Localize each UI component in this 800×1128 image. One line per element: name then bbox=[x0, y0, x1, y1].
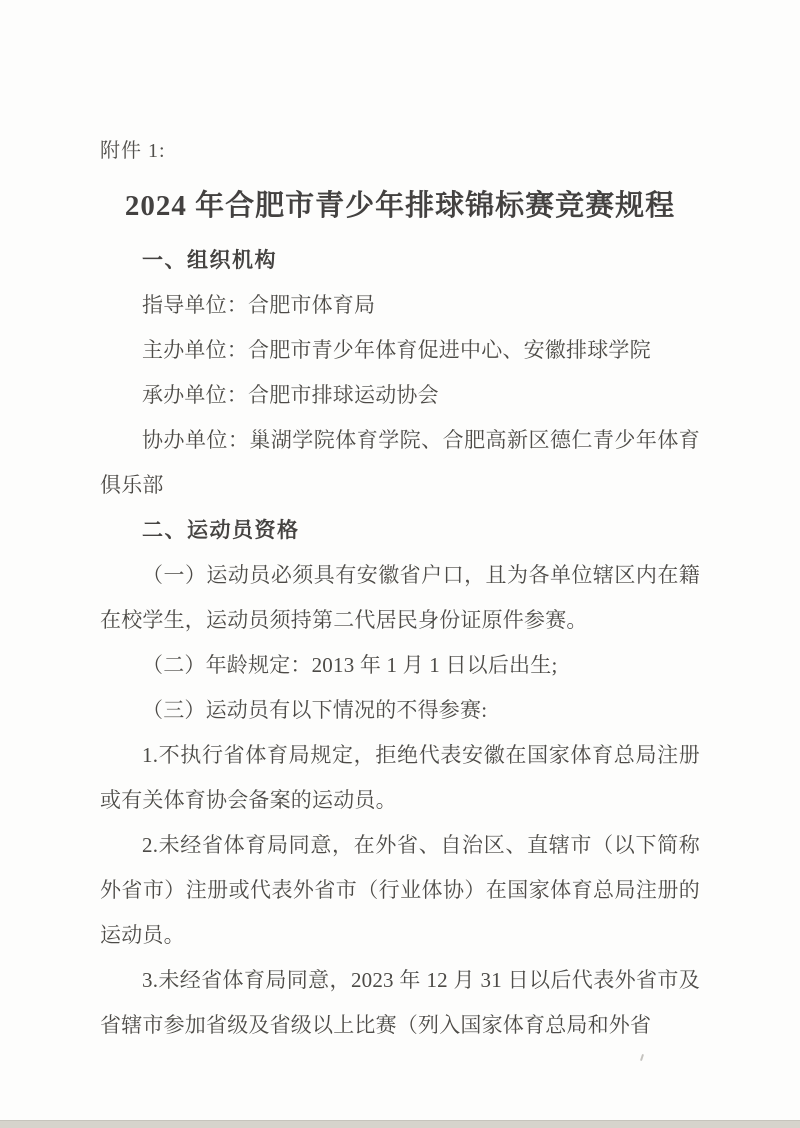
section-heading-athlete-eligibility: 二、运动员资格 bbox=[100, 508, 700, 553]
paragraph-hosting-unit: 主办单位：合肥市青少年体育促进中心、安徽排球学院 bbox=[100, 328, 700, 373]
section-heading-organization: 一、组织机构 bbox=[100, 238, 700, 283]
scan-bottom-edge bbox=[0, 1120, 800, 1128]
paragraph-guiding-unit: 指导单位：合肥市体育局 bbox=[100, 283, 700, 328]
paragraph-exclusion-item-3: 3.未经省体育局同意，2023 年 12 月 31 日以后代表外省市及省辖市参加… bbox=[100, 958, 700, 1048]
paragraph-eligibility-residency: （一）运动员必须具有安徽省户口，且为各单位辖区内在籍在校学生，运动员须持第二代居… bbox=[100, 553, 700, 643]
paragraph-co-organizing-unit: 协办单位：巢湖学院体育学院、合肥高新区德仁青少年体育俱乐部 bbox=[100, 418, 700, 508]
document-body: 附件 1: 2024 年合肥市青少年排球锦标赛竞赛规程 一、组织机构 指导单位：… bbox=[100, 136, 700, 1048]
attachment-label: 附件 1: bbox=[100, 136, 700, 166]
scanned-document-page: 附件 1: 2024 年合肥市青少年排球锦标赛竞赛规程 一、组织机构 指导单位：… bbox=[0, 0, 800, 1128]
paragraph-exclusion-item-1: 1.不执行省体育局规定，拒绝代表安徽在国家体育总局注册或有关体育协会备案的运动员… bbox=[100, 733, 700, 823]
paragraph-exclusion-item-2: 2.未经省体育局同意，在外省、自治区、直辖市（以下简称外省市）注册或代表外省市（… bbox=[100, 823, 700, 958]
paragraph-organizing-unit: 承办单位：合肥市排球运动协会 bbox=[100, 373, 700, 418]
document-title: 2024 年合肥市青少年排球锦标赛竞赛规程 bbox=[100, 184, 700, 228]
scan-artifact-speck bbox=[640, 1054, 644, 1061]
paragraph-eligibility-age: （二）年龄规定：2013 年 1 月 1 日以后出生; bbox=[100, 643, 700, 688]
paragraph-eligibility-exclusions-intro: （三）运动员有以下情况的不得参赛: bbox=[100, 688, 700, 733]
